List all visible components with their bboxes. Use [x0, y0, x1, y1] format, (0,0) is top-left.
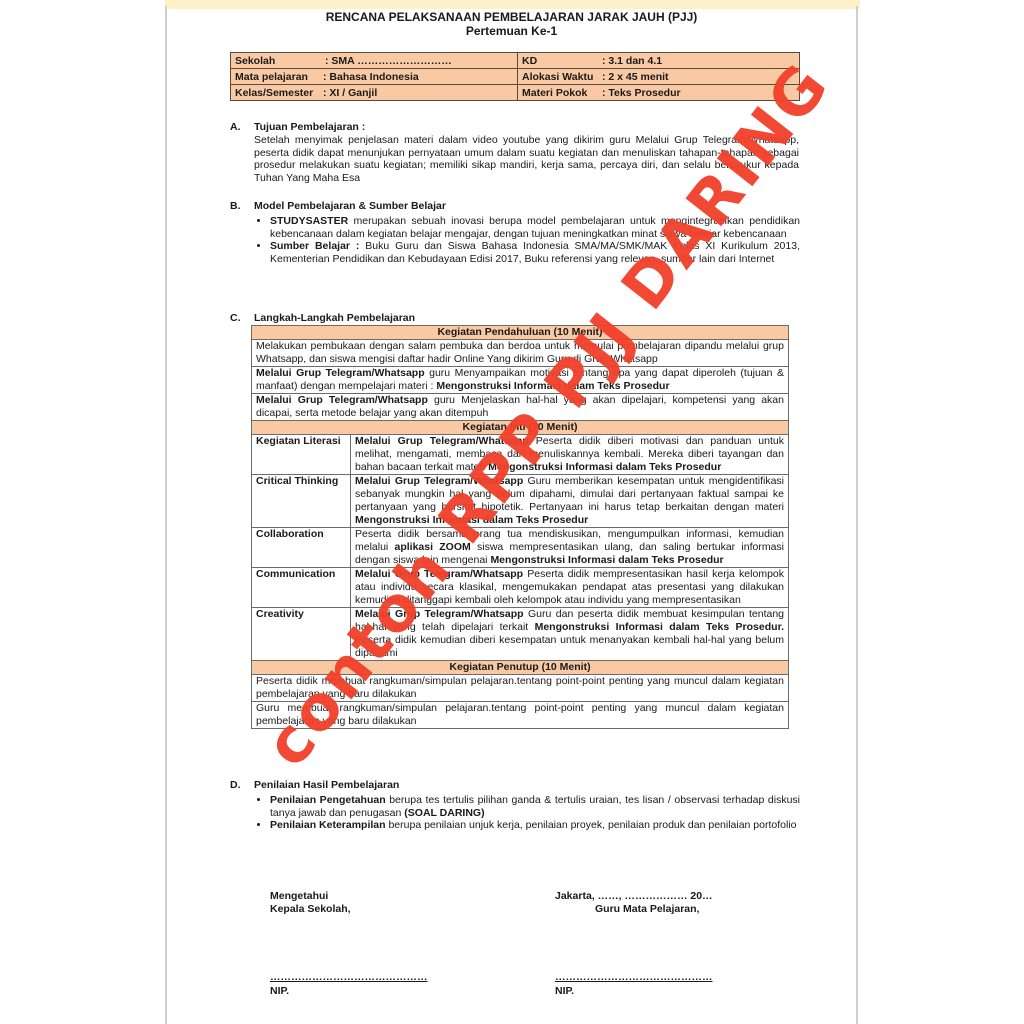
section-model: B.Model Pembelajaran & Sumber Belajar ST… [230, 200, 800, 265]
info-label: Alokasi Waktu [522, 70, 602, 84]
activity-label: Kegiatan Literasi [252, 435, 351, 475]
info-value: : Teks Prosedur [602, 87, 681, 99]
signature-left: Mengetahui Kepala Sekolah, [270, 890, 351, 916]
section-heading: Model Pembelajaran & Sumber Belajar [254, 200, 446, 212]
info-value: : XI / Ganjil [323, 87, 377, 99]
activity-label: Collaboration [252, 528, 351, 568]
document-title: RENCANA PELAKSANAAN PEMBELAJARAN JARAK J… [167, 10, 856, 24]
table-row: Guru membuat rangkuman/simpulan pelajara… [252, 702, 789, 729]
list-item: Penilaian Keterampilan berupa penilaian … [270, 819, 800, 832]
page-edge [856, 6, 858, 1024]
section-letter: B. [230, 200, 254, 213]
section-letter: C. [230, 312, 254, 325]
section-tujuan: A.Tujuan Pembelajaran : Setelah menyimak… [230, 121, 799, 184]
table-section-header: Kegiatan Pendahuluan (10 Menit) [252, 326, 789, 340]
info-label: Materi Pokok [522, 86, 602, 100]
section-heading: Langkah-Langkah Pembelajaran [254, 312, 415, 324]
nip-right: NIP. [555, 985, 574, 998]
list-item: Sumber Belajar : Buku Guru dan Siswa Bah… [270, 240, 800, 265]
activity-label: Creativity [252, 608, 351, 661]
table-row: Melalui Grup Telegram/Whatsapp guru Menj… [252, 394, 789, 421]
info-label: Kelas/Semester [235, 86, 323, 100]
info-value: : 3.1 dan 4.1 [602, 55, 662, 67]
document-subtitle: Pertemuan Ke-1 [167, 24, 856, 38]
signature-line-left: ……………………………………… [270, 971, 428, 984]
info-label: Mata pelajaran [235, 70, 323, 84]
info-value: : SMA ……………………… [325, 55, 452, 67]
table-row: Collaboration Peserta didik bersama oran… [252, 528, 789, 568]
signature-line-right: ……………………………………… [555, 971, 713, 984]
info-table: Sekolah: SMA ……………………… KD: 3.1 dan 4.1 M… [230, 52, 800, 101]
table-section-header: Kegiatan Inti (70 Menit) [252, 421, 789, 435]
table-row: Creativity Melalui Grup Telegram/Whatsap… [252, 608, 789, 661]
signature-right: Jakarta, ……, ……………… 20… Guru Mata Pelaja… [555, 890, 713, 916]
table-row: Melalui Grup Telegram/Whatsapp guru Meny… [252, 367, 789, 394]
steps-table: Kegiatan Pendahuluan (10 Menit) Melakuka… [251, 325, 789, 729]
info-label: KD [522, 54, 602, 68]
info-value: : 2 x 45 menit [602, 71, 669, 83]
section-penilaian: D.Penilaian Hasil Pembelajaran Penilaian… [230, 779, 800, 832]
section-heading: Tujuan Pembelajaran : [254, 121, 365, 133]
table-row: Critical Thinking Melalui Grup Telegram/… [252, 475, 789, 528]
section-text: Setelah menyimak penjelasan materi dalam… [254, 134, 799, 184]
info-label: Sekolah [235, 54, 325, 68]
nip-left: NIP. [270, 985, 289, 998]
table-row: Communication Melalui Grup Telegram/What… [252, 568, 789, 608]
table-row: Melakukan pembukaan dengan salam pembuka… [252, 340, 789, 367]
list-item: STUDYSASTER merupakan sebuah inovasi ber… [270, 215, 800, 240]
section-letter: A. [230, 121, 254, 134]
section-heading: Penilaian Hasil Pembelajaran [254, 779, 399, 791]
info-value: : Bahasa Indonesia [323, 71, 419, 83]
table-row: Peserta didik membuat rangkuman/simpulan… [252, 675, 789, 702]
section-letter: D. [230, 779, 254, 792]
viewer-top-bar [165, 0, 860, 9]
section-langkah: C.Langkah-Langkah Pembelajaran [230, 312, 415, 325]
table-row: Kegiatan Literasi Melalui Grup Telegram/… [252, 435, 789, 475]
list-item: Penilaian Pengetahuan berupa tes tertuli… [270, 794, 800, 819]
activity-label: Communication [252, 568, 351, 608]
document-page: RENCANA PELAKSANAAN PEMBELAJARAN JARAK J… [167, 9, 856, 1024]
table-section-header: Kegiatan Penutup (10 Menit) [252, 661, 789, 675]
activity-label: Critical Thinking [252, 475, 351, 528]
